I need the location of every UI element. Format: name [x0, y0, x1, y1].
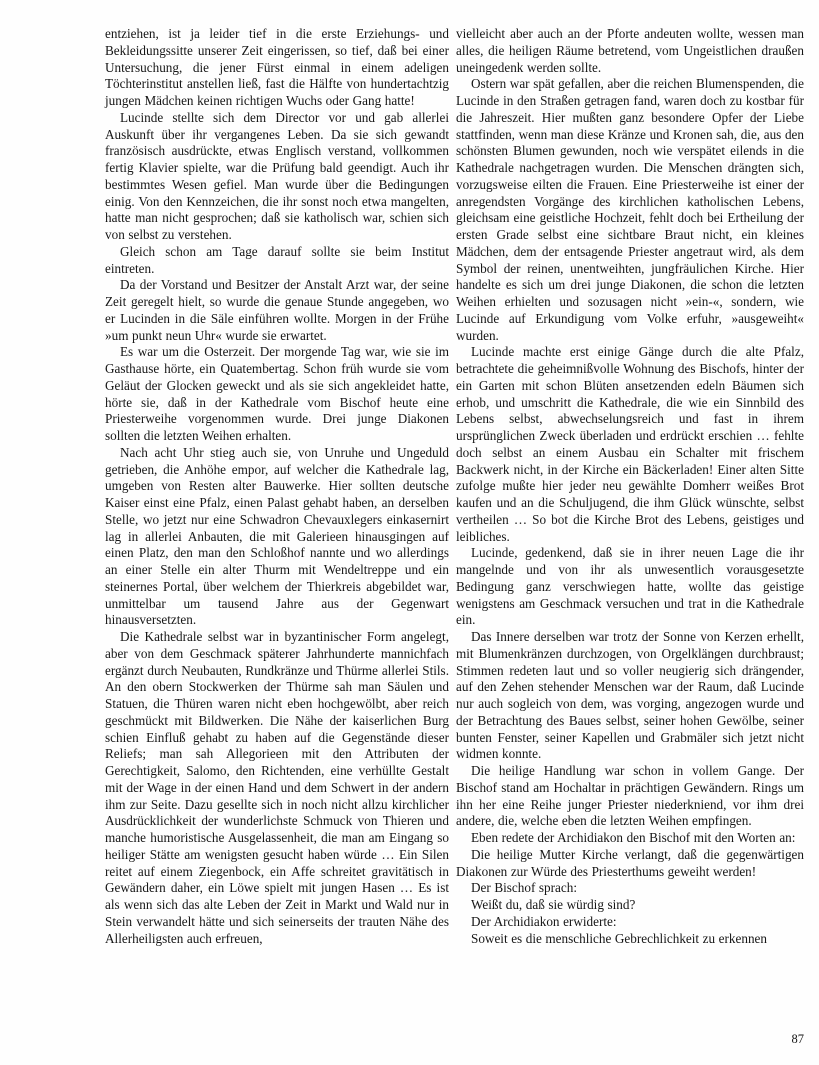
text-column-left: entziehen, ist ja leider tief in die ers… [105, 26, 449, 947]
paragraph: Nach acht Uhr stieg auch sie, von Unruhe… [105, 445, 449, 629]
paragraph: Da der Vorstand und Besitzer der Anstalt… [105, 277, 449, 344]
paragraph: Soweit es die menschliche Gebrechlichkei… [456, 931, 804, 948]
paragraph: Lucinde machte erst einige Gänge durch d… [456, 344, 804, 545]
paragraph: Eben redete der Archidiakon den Bischof … [456, 830, 804, 847]
paragraph: vielleicht aber auch an der Pforte andeu… [456, 26, 804, 76]
paragraph: Lucinde stellte sich dem Director vor un… [105, 110, 449, 244]
paragraph: Der Archidiakon erwiderte: [456, 914, 804, 931]
paragraph: Gleich schon am Tage darauf sollte sie b… [105, 244, 449, 278]
book-page: entziehen, ist ja leider tief in die ers… [0, 0, 819, 1065]
paragraph: Es war um die Osterzeit. Der morgende Ta… [105, 344, 449, 445]
paragraph: Die Kathedrale selbst war in byzantinisc… [105, 629, 449, 947]
paragraph: Der Bischof sprach: [456, 880, 804, 897]
paragraph: Lucinde, gedenkend, daß sie in ihrer neu… [456, 545, 804, 629]
page-number: 87 [456, 1032, 804, 1047]
paragraph: Die heilige Handlung war schon in vollem… [456, 763, 804, 830]
paragraph: Ostern war spät gefallen, aber die reich… [456, 76, 804, 344]
paragraph: Die heilige Mutter Kirche verlangt, daß … [456, 847, 804, 881]
paragraph: Weißt du, daß sie würdig sind? [456, 897, 804, 914]
text-column-right: vielleicht aber auch an der Pforte andeu… [456, 26, 804, 947]
paragraph: Das Innere derselben war trotz der Sonne… [456, 629, 804, 763]
paragraph: entziehen, ist ja leider tief in die ers… [105, 26, 449, 110]
